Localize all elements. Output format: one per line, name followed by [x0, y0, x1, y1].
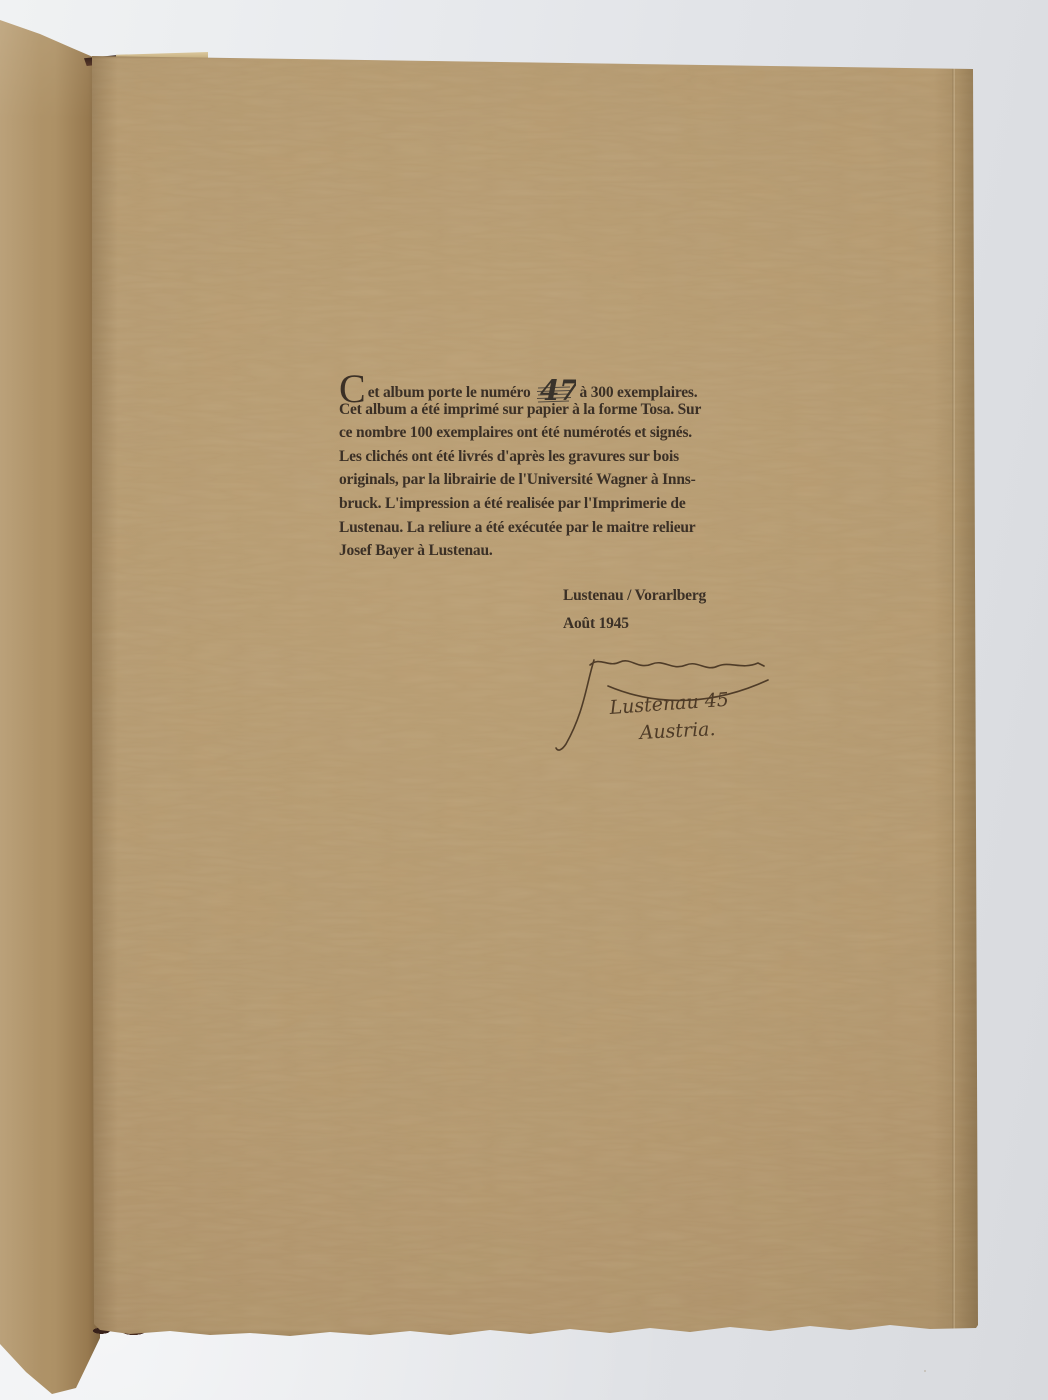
signature-block: Lustenau 45 Austria.: [460, 650, 800, 820]
colophon-line-7: Lustenau. La reliure a été exécutée par …: [339, 516, 701, 540]
colophon-text-block: Cet album porte le numéro 47 à 300 exemp…: [339, 374, 701, 563]
colophon-line-4: Les clichés ont été livrés d'après les g…: [339, 445, 701, 469]
colophon-line-1: Cet album porte le numéro 47 à 300 exemp…: [339, 374, 701, 398]
signature-note-line2: Austria.: [637, 718, 716, 744]
left-page-shading: [0, 0, 100, 1400]
colophon-line-3: ce nombre 100 exemplaires ont été numéro…: [339, 421, 701, 445]
imprint-date: Août 1945: [563, 610, 706, 638]
colophon-line-5: originals, par la librairie de l'Univers…: [339, 468, 701, 492]
dust-speck: [924, 1370, 926, 1372]
colophon-page: Cet album porte le numéro 47 à 300 exemp…: [90, 54, 980, 1338]
colophon-line-2: Cet album a été imprimé sur papier à la …: [339, 398, 701, 422]
colophon-line-8: Josef Bayer à Lustenau.: [339, 539, 701, 563]
imprint-block: Lustenau / Vorarlberg Août 1945: [563, 582, 706, 637]
page-crease-line: [952, 54, 955, 1338]
left-page-edge: [0, 0, 100, 1400]
imprint-place: Lustenau / Vorarlberg: [563, 582, 706, 610]
book-photo-scene: Cet album porte le numéro 47 à 300 exemp…: [0, 0, 1048, 1400]
colophon-line-6: bruck. L'impression a été realisée par l…: [339, 492, 701, 516]
